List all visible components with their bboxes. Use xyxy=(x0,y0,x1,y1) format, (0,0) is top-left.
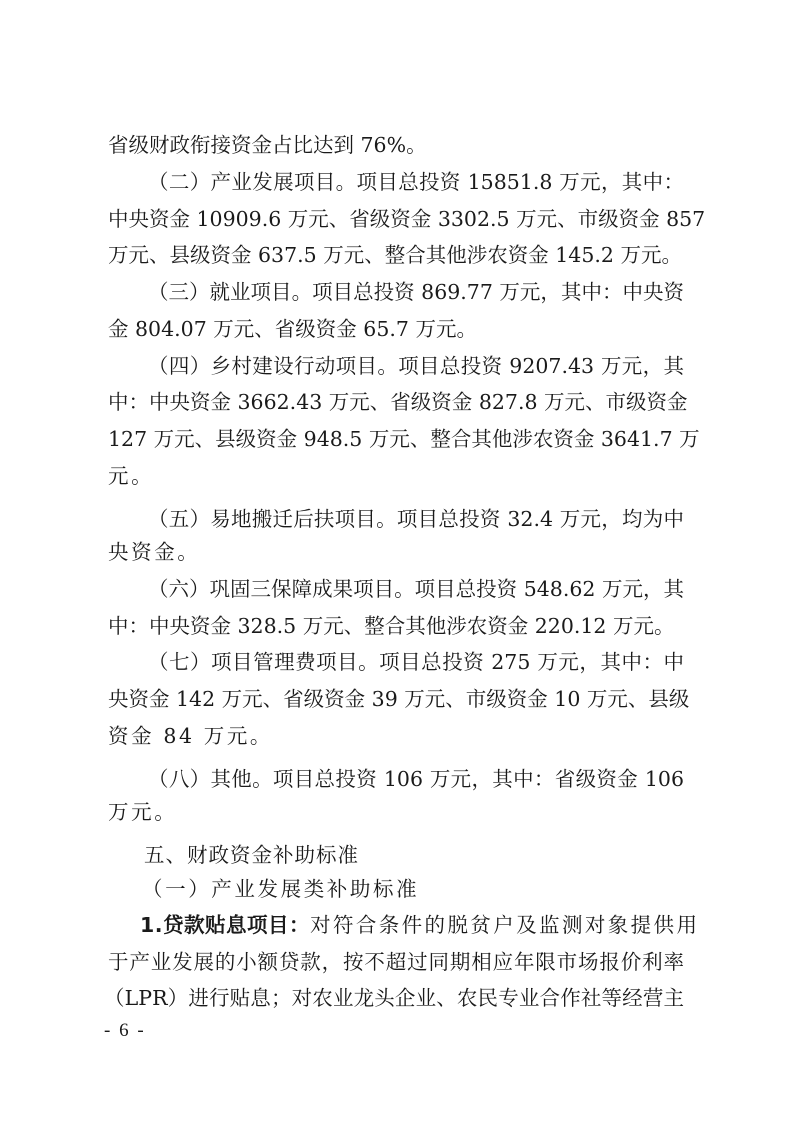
item-line: 1.贷款贴息项目： 对符合条件的脱贫户及监测对象提供用 xyxy=(140,912,684,938)
paragraph-line: （五）易地搬迁后扶项目。项目总投资 32.4 万元，均为中 xyxy=(148,506,684,532)
paragraph-line: 万元、县级资金 637.5 万元、整合其他涉农资金 145.2 万元。 xyxy=(108,242,666,268)
paragraph-line: 省级财政衔接资金占比达到 76%。 xyxy=(108,132,408,158)
paragraph-line: （四）乡村建设行动项目。项目总投资 9207.43 万元，其 xyxy=(148,353,684,379)
subsection-heading: （一）产业发展类补助标准 xyxy=(142,876,718,902)
page-number: - 6 - xyxy=(104,1020,146,1042)
paragraph-line: 万元。 xyxy=(108,799,684,825)
paragraph-line: （二）产业发展项目。项目总投资 15851.8 万元，其中： xyxy=(148,169,684,195)
paragraph-line: （七）项目管理费项目。项目总投资 275 万元，其中：中 xyxy=(148,649,684,675)
paragraph-line: 于产业发展的小额贷款，按不超过同期相应年限市场报价利率 xyxy=(108,949,684,975)
paragraph-line: （六）巩固三保障成果项目。项目总投资 548.62 万元，其 xyxy=(148,576,684,602)
paragraph-line: （LPR）进行贴息；对农业龙头企业、农民专业合作社等经营主 xyxy=(104,985,684,1011)
paragraph-line: 127 万元、县级资金 948.5 万元、整合其他涉农资金 3641.7 万 xyxy=(108,426,684,452)
paragraph-line: 金 804.07 万元、省级资金 65.7 万元。 xyxy=(108,316,388,342)
paragraph-line: 央资金 142 万元、省级资金 39 万元、市级资金 10 万元、县级 xyxy=(108,686,684,712)
paragraph-line: 资金 84 万元。 xyxy=(108,723,684,749)
document-page: 省级财政衔接资金占比达到 76%。 （二）产业发展项目。项目总投资 15851.… xyxy=(0,0,793,1122)
paragraph-line: 元。 xyxy=(108,463,684,489)
paragraph-line: 中：中央资金 3662.43 万元、省级资金 827.8 万元、市级资金 xyxy=(108,389,684,415)
paragraph-line: 中央资金 10909.6 万元、省级资金 3302.5 万元、市级资金 857 xyxy=(108,206,684,232)
paragraph-line: 央资金。 xyxy=(108,539,684,565)
item-text: 对符合条件的脱贫户及监测对象提供用 xyxy=(310,912,699,938)
paragraph-line: 中：中央资金 328.5 万元、整合其他涉农资金 220.12 万元。 xyxy=(108,613,656,639)
section-heading: 五、财政资金补助标准 xyxy=(144,842,720,868)
paragraph-line: （八）其他。项目总投资 106 万元，其中：省级资金 106 xyxy=(148,766,684,792)
item-title: 1.贷款贴息项目： xyxy=(140,912,310,938)
paragraph-line: （三）就业项目。项目总投资 869.77 万元，其中：中央资 xyxy=(148,279,684,305)
